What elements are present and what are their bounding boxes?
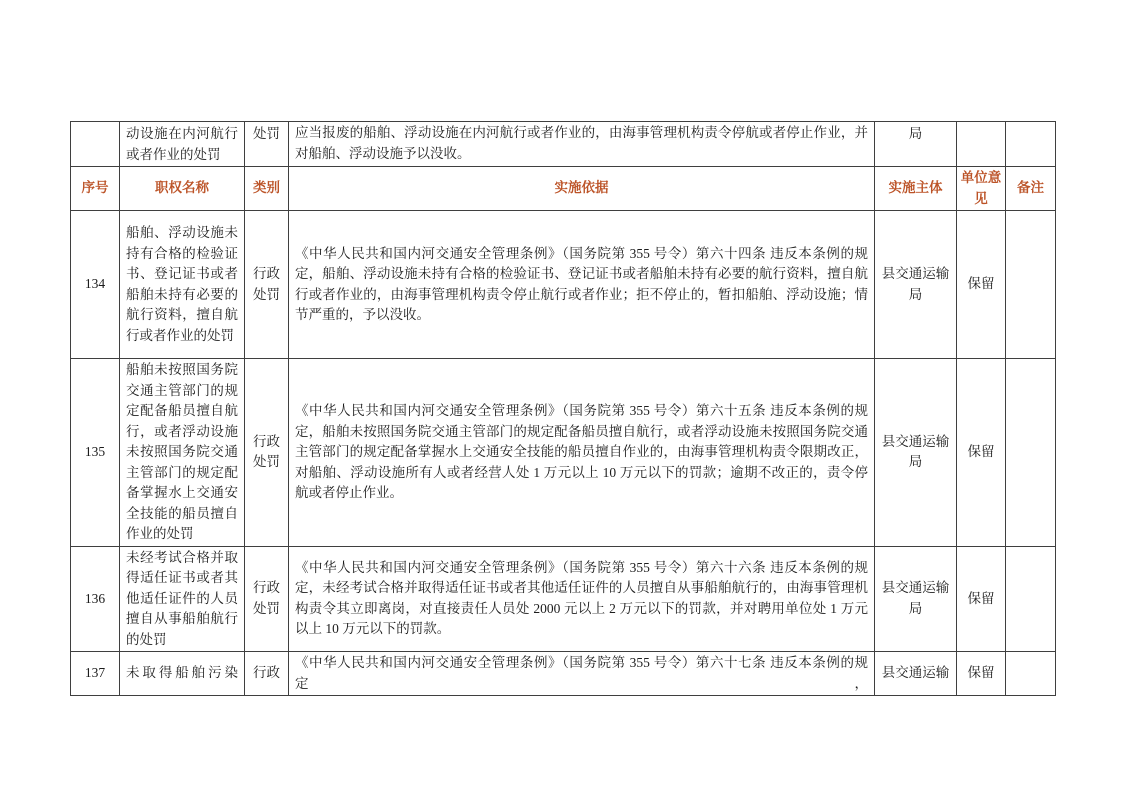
cell-category: 行政处罚	[245, 211, 289, 359]
cell-subject: 县交通运输	[875, 652, 957, 696]
cell-subject: 县交通运输局	[875, 359, 957, 547]
cell-category: 行政处罚	[245, 359, 289, 547]
column-header-subject: 实施主体	[875, 167, 957, 211]
cell-name: 船舶未按照国务院交通主管部门的规定配备船员擅自航行，或者浮动设施未按照国务院交通…	[120, 359, 245, 547]
cell-name: 动设施在内河航行或者作业的处罚	[120, 122, 245, 167]
column-header-name: 职权名称	[120, 167, 245, 211]
cell-remark	[1006, 546, 1056, 652]
implementation-powers-table: 动设施在内河航行或者作业的处罚 处罚 应当报废的船舶、浮动设施在内河航行或者作业…	[70, 121, 1056, 696]
cell-opinion: 保留	[957, 546, 1006, 652]
cell-opinion	[957, 122, 1006, 167]
cell-opinion: 保留	[957, 211, 1006, 359]
cell-category: 行政处罚	[245, 546, 289, 652]
cell-basis: 《中华人民共和国内河交通安全管理条例》（国务院第 355 号令）第六十七条 违反…	[289, 652, 875, 696]
cell-name: 未经考试合格并取得适任证书或者其他适任证件的人员擅自从事船舶航行的处罚	[120, 546, 245, 652]
cell-subject: 局	[875, 122, 957, 167]
table-header-row: 序号 职权名称 类别 实施依据 实施主体 单位意见 备注	[71, 167, 1056, 211]
table-row-135: 135 船舶未按照国务院交通主管部门的规定配备船员擅自航行，或者浮动设施未按照国…	[71, 359, 1056, 547]
cell-opinion: 保留	[957, 652, 1006, 696]
cell-seq: 135	[71, 359, 120, 547]
cell-basis: 应当报废的船舶、浮动设施在内河航行或者作业的，由海事管理机构责令停航或者停止作业…	[289, 122, 875, 167]
cell-remark	[1006, 122, 1056, 167]
cell-basis: 《中华人民共和国内河交通安全管理条例》（国务院第 355 号令）第六十五条 违反…	[289, 359, 875, 547]
cell-remark	[1006, 211, 1056, 359]
column-header-remark: 备注	[1006, 167, 1056, 211]
cell-remark	[1006, 359, 1056, 547]
cell-seq: 137	[71, 652, 120, 696]
column-header-category: 类别	[245, 167, 289, 211]
cell-remark	[1006, 652, 1056, 696]
column-header-basis: 实施依据	[289, 167, 875, 211]
cell-name: 船舶、浮动设施未持有合格的检验证书、登记证书或者船舶未持有必要的航行资料，擅自航…	[120, 211, 245, 359]
cell-category: 行政	[245, 652, 289, 696]
table-row-134: 134 船舶、浮动设施未持有合格的检验证书、登记证书或者船舶未持有必要的航行资料…	[71, 211, 1056, 359]
column-header-seq: 序号	[71, 167, 120, 211]
cell-name: 未取得船舶污染	[120, 652, 245, 696]
cell-basis: 《中华人民共和国内河交通安全管理条例》（国务院第 355 号令）第六十六条 违反…	[289, 546, 875, 652]
column-header-opinion: 单位意见	[957, 167, 1006, 211]
document-page: 动设施在内河航行或者作业的处罚 处罚 应当报废的船舶、浮动设施在内河航行或者作业…	[0, 0, 1122, 793]
table-row-137: 137 未取得船舶污染 行政 《中华人民共和国内河交通安全管理条例》（国务院第 …	[71, 652, 1056, 696]
cell-seq	[71, 122, 120, 167]
cell-subject: 县交通运输局	[875, 211, 957, 359]
cell-opinion: 保留	[957, 359, 1006, 547]
table-row-carryover: 动设施在内河航行或者作业的处罚 处罚 应当报废的船舶、浮动设施在内河航行或者作业…	[71, 122, 1056, 167]
cell-category: 处罚	[245, 122, 289, 167]
cell-basis: 《中华人民共和国内河交通安全管理条例》（国务院第 355 号令）第六十四条 违反…	[289, 211, 875, 359]
cell-seq: 134	[71, 211, 120, 359]
cell-subject: 县交通运输局	[875, 546, 957, 652]
cell-seq: 136	[71, 546, 120, 652]
table-row-136: 136 未经考试合格并取得适任证书或者其他适任证件的人员擅自从事船舶航行的处罚 …	[71, 546, 1056, 652]
